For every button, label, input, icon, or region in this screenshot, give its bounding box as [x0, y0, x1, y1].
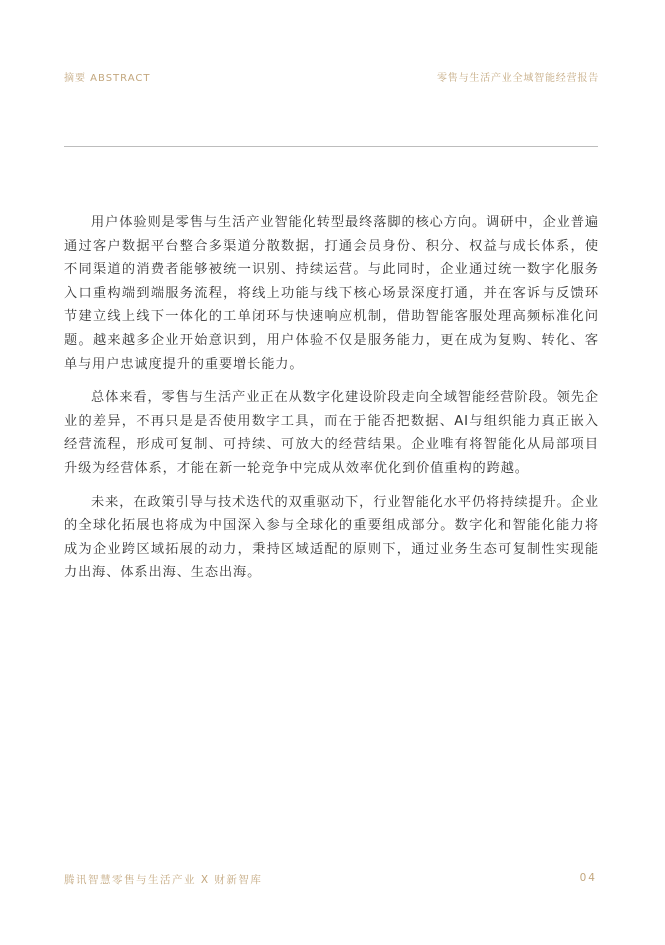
paragraph-overall-view: 总体来看，零售与生活产业正在从数字化建设阶段走向全域智能经营阶段。领先企业的差异… — [64, 386, 599, 480]
section-label: 摘要 ABSTRACT — [64, 69, 150, 84]
page-number: 04 — [580, 872, 597, 884]
paragraph-future-outlook: 未来，在政策引导与技术迭代的双重驱动下，行业智能化水平仍将持续提升。企业的全球化… — [64, 491, 599, 585]
abstract-body: 用户体验则是零售与生活产业智能化转型最终落脚的核心方向。调研中，企业普遍通过客户… — [64, 211, 599, 595]
header-divider — [64, 146, 598, 147]
report-title: 零售与生活产业全域智能经营报告 — [437, 69, 599, 84]
paragraph-user-experience: 用户体验则是零售与生活产业智能化转型最终落脚的核心方向。调研中，企业普遍通过客户… — [64, 211, 599, 376]
footer-publisher: 腾讯智慧零售与生活产业 X 财新智库 — [64, 872, 262, 887]
